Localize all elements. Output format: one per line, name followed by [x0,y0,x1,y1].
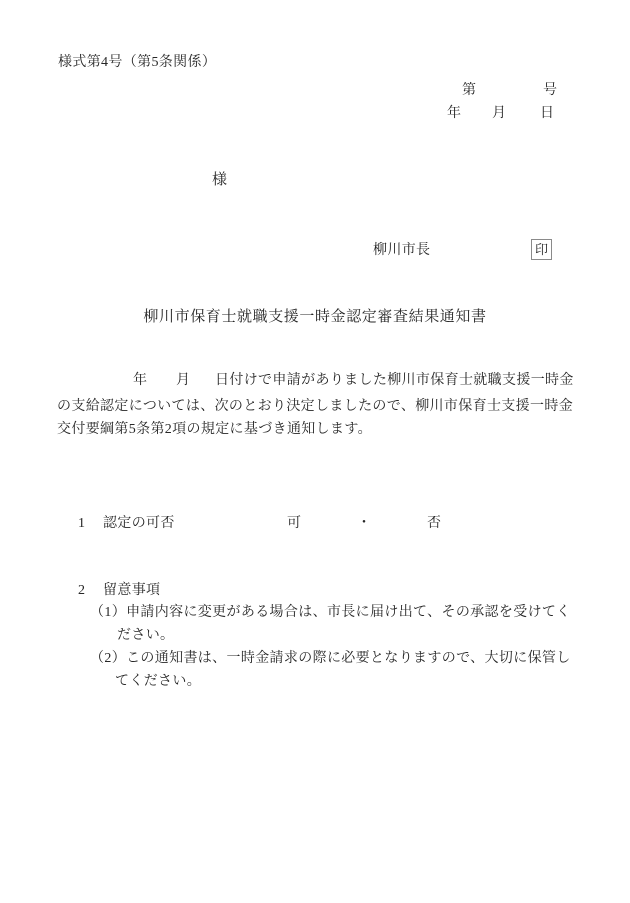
doc-number-suffix: 号 [543,84,557,98]
seal-stamp: 印 [531,239,552,260]
note-item-2: （2）この通知書は、一時金請求の際に必要となりますので、大切に保管し [90,652,571,666]
date-month-label: 月 [492,107,506,121]
note-item-1-continuation: ださい。 [117,629,174,643]
body-line2-text: の支給認定については、次のとおり決定しましたので、柳川市保育士支援一時金 [57,400,573,414]
doc-number-prefix: 第 [462,84,476,98]
addressee-honorific: 様 [212,173,227,188]
date-year-label: 年 [447,107,461,121]
approval-option-no: 否 [427,517,441,531]
body-line1-month-label: 月 [176,374,190,388]
note-item-1-text: 申請内容に変更がある場合は、市長に届け出て、その承認を受けてく [126,605,571,620]
section1-label: 認定の可否 [103,517,175,531]
section2-number: 2 [78,584,85,598]
approval-separator-dot: ・ [357,517,371,531]
body-line3-text: 交付要綱第5条第2項の規定に基づき通知します。 [57,423,372,437]
body-line1-year-label: 年 [133,374,147,388]
note-item-2-text: この通知書は、一時金請求の際に必要となりますので、大切に保管し [126,651,571,666]
section2-label: 留意事項 [103,584,160,598]
note-item-2-continuation: てください。 [115,675,201,689]
note-item-2-marker: （2） [90,651,126,666]
approval-option-yes: 可 [287,517,301,531]
document-title: 柳川市保育士就職支援一時金認定審査結果通知書 [0,310,630,325]
document-page: 様式第4号（第5条関係） 第 号 年 月 日 様 柳川市長 印 柳川市保育士就職… [0,0,630,903]
section1-number: 1 [78,517,85,531]
sender-name: 柳川市長 [373,244,430,258]
body-line1-text: 日付けで申請がありました柳川市保育士就職支援一時金 [215,374,574,388]
note-item-1-marker: （1） [90,605,126,620]
form-number: 様式第4号（第5条関係） [58,56,216,70]
note-item-1: （1）申請内容に変更がある場合は、市長に届け出て、その承認を受けてく [90,606,571,620]
date-day-label: 日 [540,107,554,121]
